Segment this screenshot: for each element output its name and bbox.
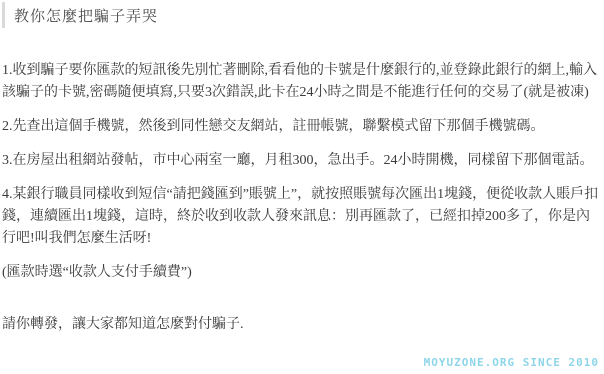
paragraph-2: 2.先查出這個手機號，然後到同性戀交友網站，註冊帳號，聯繫模式留下那個手機號碼。	[2, 116, 602, 138]
title-accent-bar	[2, 2, 5, 28]
paragraph-1: 1.收到騙子要你匯款的短訊後先別忙著刪除,看看他的卡號是什麼銀行的,並登錄此銀行…	[2, 60, 602, 104]
page: 教你怎麼把騙子弄哭 1.收到騙子要你匯款的短訊後先別忙著刪除,看看他的卡號是什麼…	[0, 0, 604, 374]
paragraph-5-note: (匯款時選“收款人支付手續費”)	[2, 262, 602, 284]
paragraph-6-closing: 請你轉發，讓大家都知道怎麼對付騙子.	[2, 314, 602, 336]
paragraph-4: 4.某銀行職員同樣收到短信“請把錢匯到”賬號上”，就按照賬號每次匯出1塊錢，便從…	[2, 184, 602, 250]
title-block: 教你怎麼把騙子弄哭	[2, 2, 158, 28]
article-body: 1.收到騙子要你匯款的短訊後先別忙著刪除,看看他的卡號是什麼銀行的,並登錄此銀行…	[2, 60, 602, 348]
watermark: MOYUZONE.ORG SINCE 2010	[424, 356, 599, 369]
paragraph-3: 3.在房屋出租網站發帖，市中心兩室一廳，月租300，急出手。24小時開機，同樣留…	[2, 150, 602, 172]
page-title: 教你怎麼把騙子弄哭	[14, 5, 158, 26]
